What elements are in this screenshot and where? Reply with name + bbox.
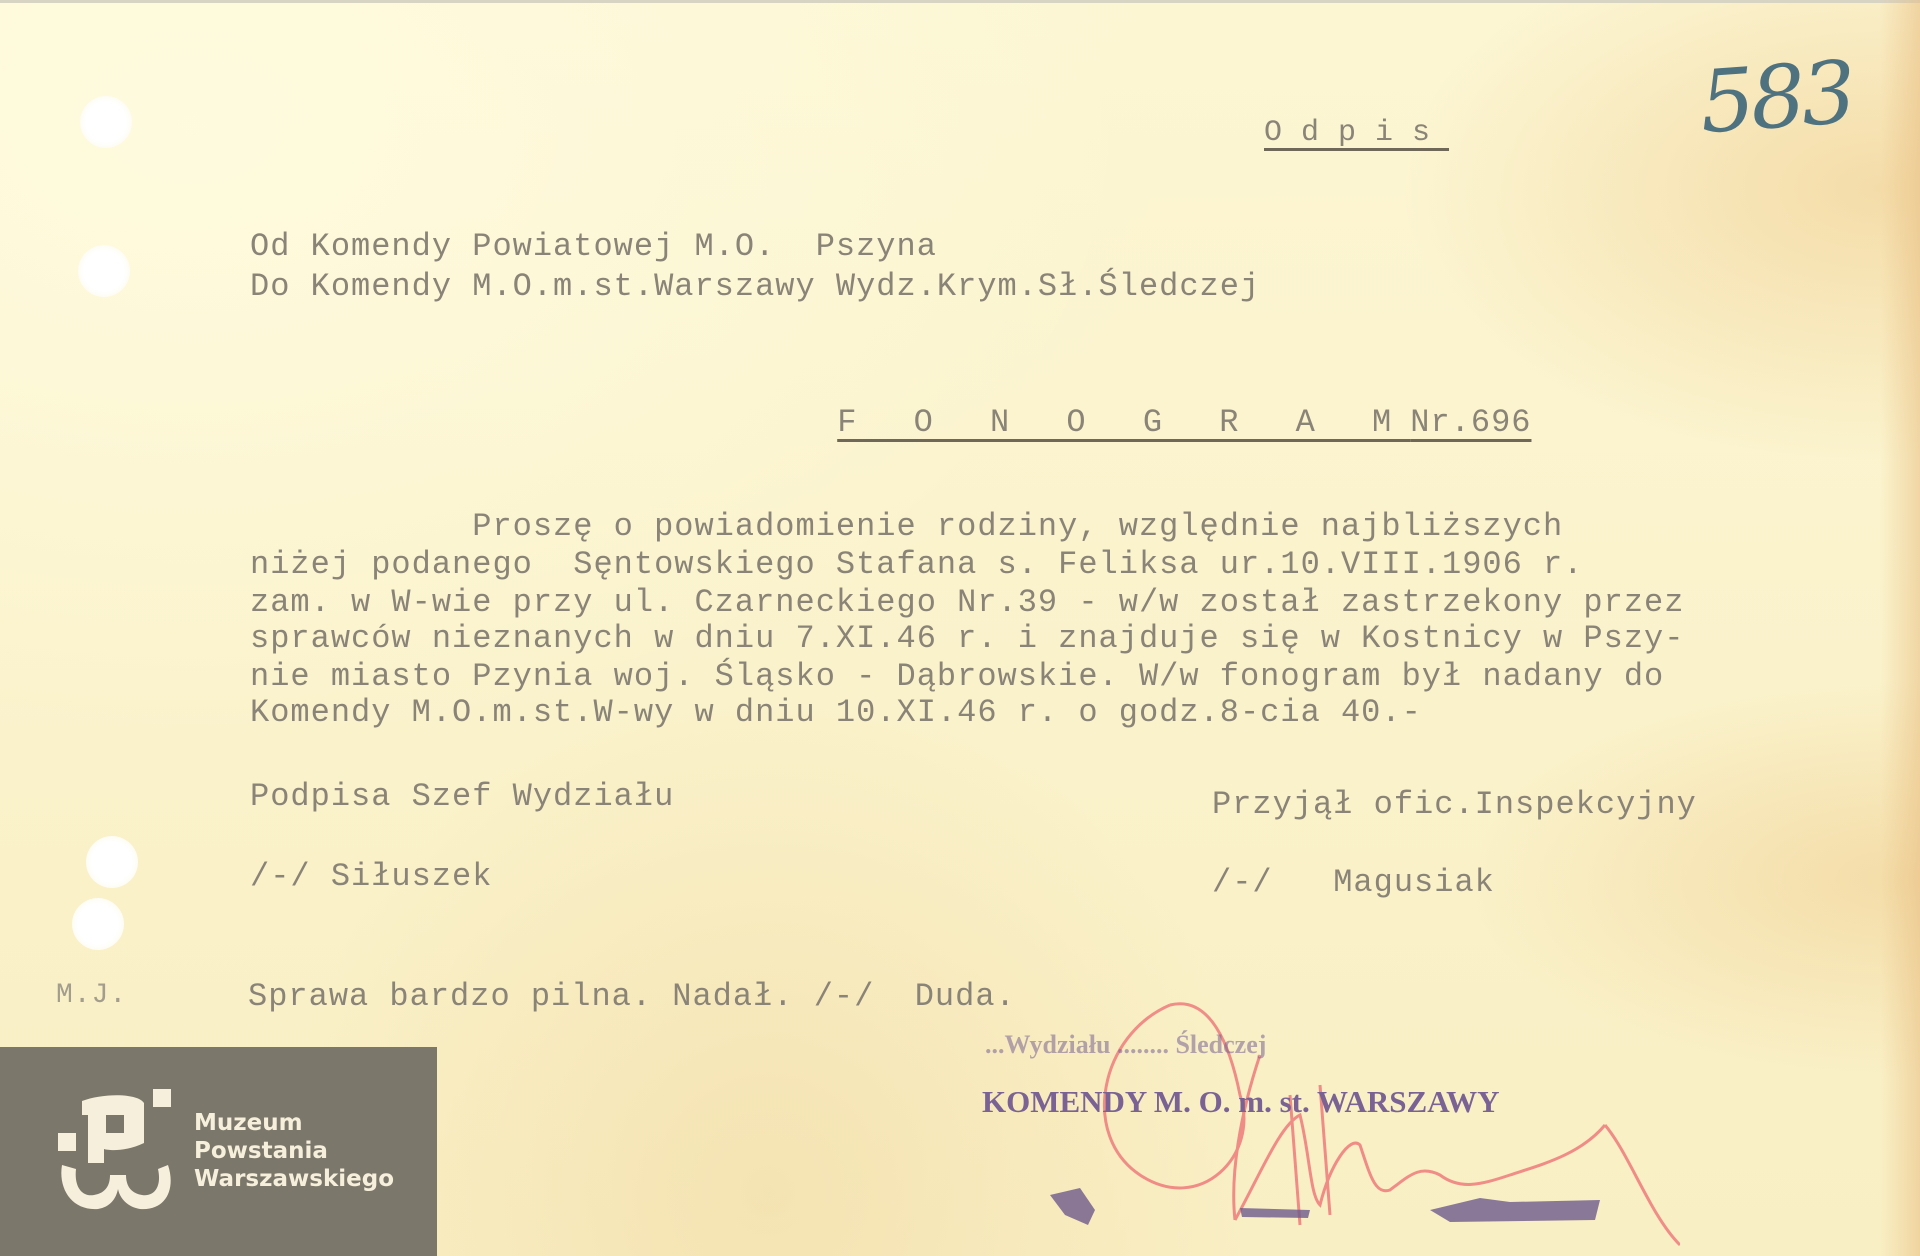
footer-initials: M.J. bbox=[56, 980, 127, 1011]
punch-hole bbox=[80, 96, 132, 148]
signature-right-label: Przyjął ofic.Inspekcyjny bbox=[1212, 786, 1697, 823]
fonogram-number: Nr.696 bbox=[1410, 404, 1531, 441]
body-line: Komendy M.O.m.st.W-wy w dniu 10.XI.46 r.… bbox=[250, 694, 1422, 731]
punch-hole bbox=[78, 245, 130, 297]
fonogram-title-word: F O N O G R A M bbox=[837, 404, 1410, 441]
signature-left-name: /-/ Siłuszek bbox=[250, 858, 492, 895]
stamp-smudge-icon bbox=[1010, 1180, 1610, 1230]
footer-note: Sprawa bardzo pilna. Nadał. /-/ Duda. bbox=[248, 978, 1016, 1015]
museum-name-line: Muzeum bbox=[194, 1109, 394, 1137]
stamp-line-2: KOMENDY M. O. m. st. WARSZAWY bbox=[982, 1084, 1500, 1120]
body-line: Proszę o powiadomienie rodziny, względni… bbox=[250, 508, 1563, 545]
body-line: niżej podanego Sęntowskiego Stafana s. F… bbox=[250, 546, 1583, 583]
museum-name: Muzeum Powstania Warszawskiego bbox=[194, 1109, 394, 1193]
body-line: zam. w W-wie przy ul. Czarneckiego Nr.39… bbox=[250, 584, 1684, 621]
folio-number: 583 bbox=[1697, 43, 1856, 153]
body-line: nie miasto Pzynia woj. Śląsko - Dąbrowsk… bbox=[250, 658, 1664, 695]
scan-top-edge bbox=[0, 0, 1920, 3]
stamp-line-1: ...Wydziału ........ Śledczej bbox=[985, 1030, 1266, 1060]
museum-name-line: Warszawskiego bbox=[194, 1165, 394, 1193]
kotwica-anchor-icon bbox=[58, 1089, 178, 1214]
paper-stain-right-edge bbox=[1880, 0, 1920, 1256]
museum-watermark: Muzeum Powstania Warszawskiego bbox=[0, 1047, 437, 1256]
punch-hole bbox=[86, 836, 138, 888]
body-line: sprawców nieznanych w dniu 7.XI.46 r. i … bbox=[250, 620, 1684, 657]
museum-name-line: Powstania bbox=[194, 1137, 394, 1165]
punch-hole bbox=[72, 898, 124, 950]
fonogram-title: F O N O G R A MNr.696 bbox=[818, 386, 1531, 441]
from-line: Od Komendy Powiatowej M.O. Pszyna bbox=[250, 228, 937, 265]
signature-right-name: /-/ Magusiak bbox=[1212, 864, 1495, 901]
signature-left-label: Podpisa Szef Wydziału bbox=[250, 778, 674, 815]
to-line: Do Komendy M.O.m.st.Warszawy Wydz.Krym.S… bbox=[250, 268, 1260, 305]
document-heading: Odpis bbox=[1264, 116, 1449, 150]
